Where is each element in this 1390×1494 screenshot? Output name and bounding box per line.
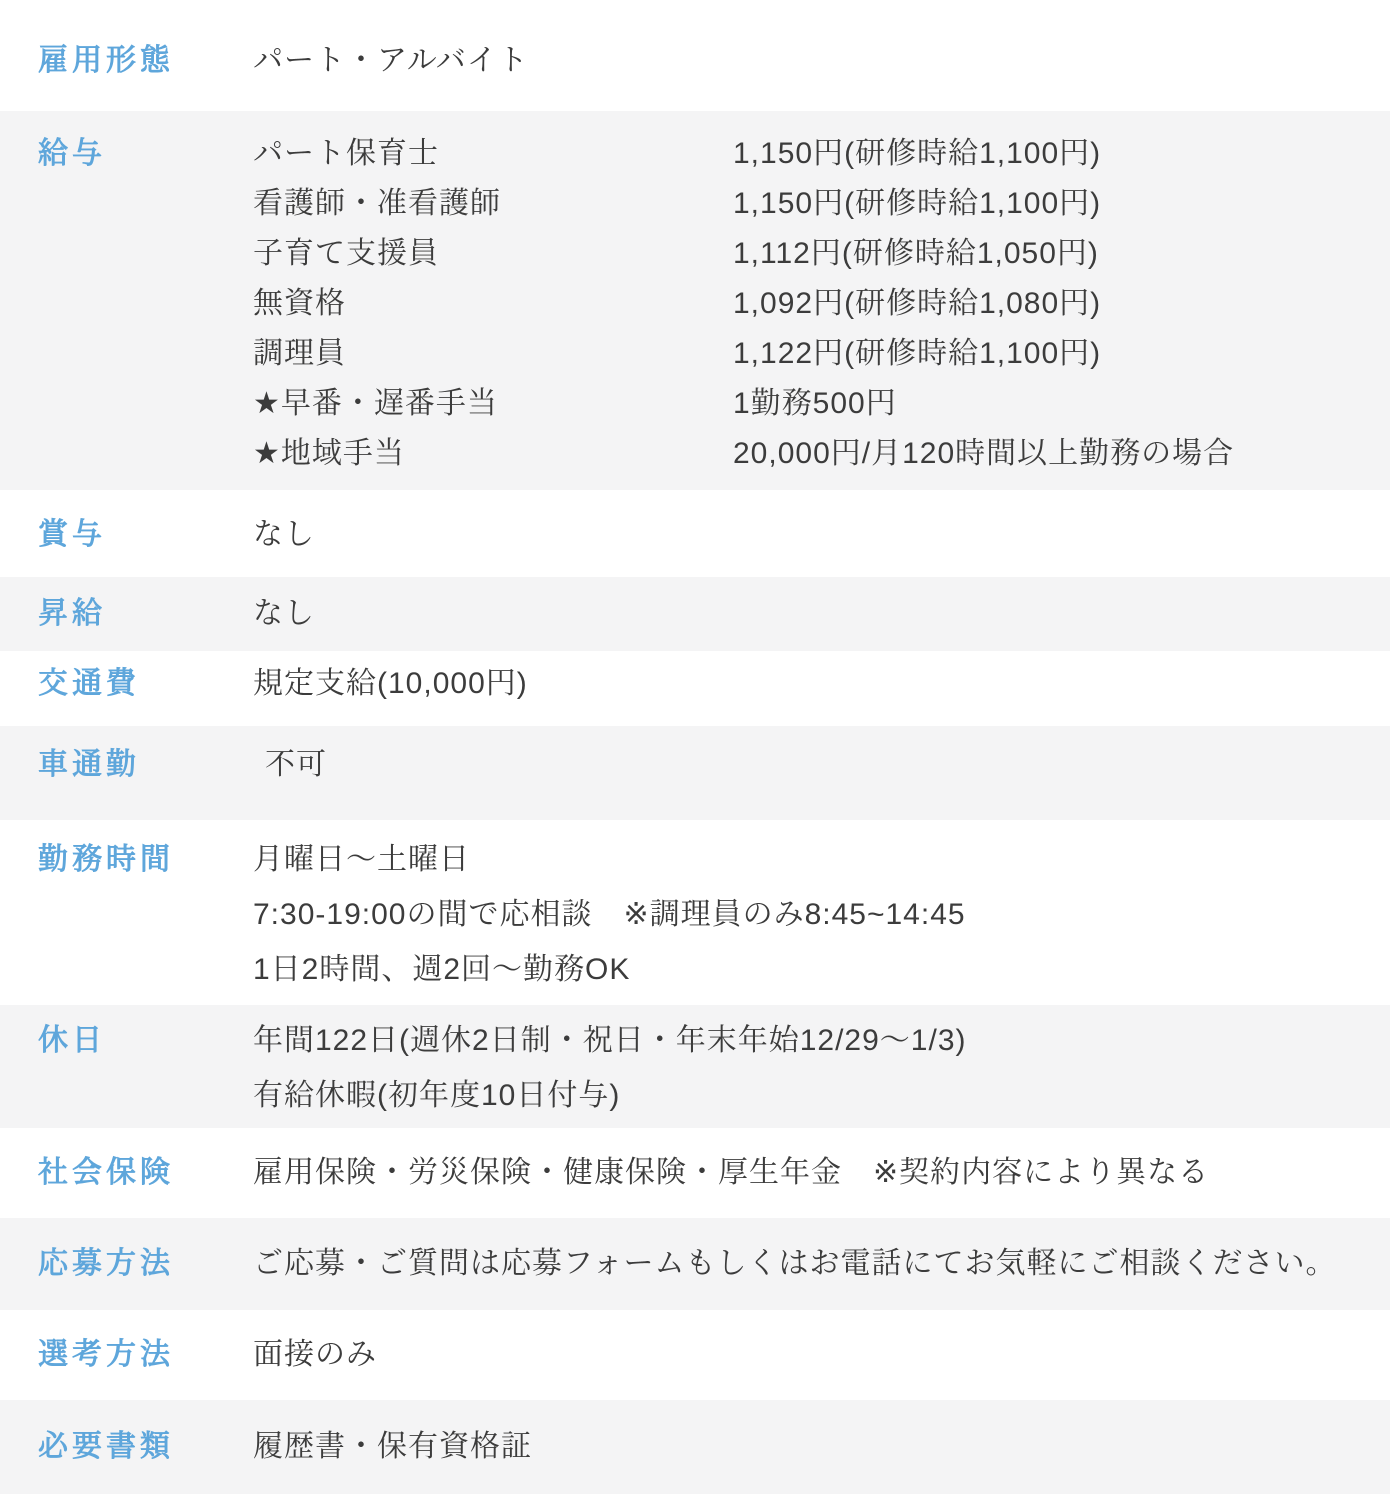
row-label: 応募方法	[0, 1239, 253, 1289]
working-hours-line: 7:30-19:00の間で応相談 ※調理員のみ8:45~14:45	[253, 887, 1360, 942]
row-label: 昇給	[0, 589, 253, 639]
holidays-line: 有給休暇(初年度10日付与)	[253, 1068, 1360, 1123]
row-label: 車通勤	[0, 740, 253, 790]
row-bonus: 賞与 なし	[0, 490, 1390, 577]
salary-line-allowance: ★早番・遅番手当 1勤務500円	[253, 379, 1360, 429]
row-label: 勤務時間	[0, 832, 253, 887]
salary-line: 無資格 1,092円(研修時給1,080円)	[253, 279, 1360, 329]
row-value: パート・アルバイト	[253, 36, 1390, 86]
salary-job-title: 無資格	[253, 279, 733, 329]
salary-allowance-title: ★早番・遅番手当	[253, 379, 733, 429]
salary-line: 調理員 1,122円(研修時給1,100円)	[253, 329, 1360, 379]
row-value: 雇用保険・労災保険・健康保険・厚生年金 ※契約内容により異なる	[253, 1148, 1390, 1198]
salary-allowance-title: ★地域手当	[253, 429, 733, 479]
row-label: 雇用形態	[0, 36, 253, 86]
row-transport-expenses: 交通費 規定支給(10,000円)	[0, 651, 1390, 726]
salary-list: パート保育士 1,150円(研修時給1,100円) 看護師・准看護師 1,150…	[253, 129, 1390, 479]
working-hours-line: 1日2時間、週2回〜勤務OK	[253, 942, 1360, 997]
salary-wage: 1,112円(研修時給1,050円)	[733, 229, 1360, 279]
row-value: ご応募・ご質問は応募フォームもしくはお電話にてお気軽にご相談ください。	[253, 1239, 1390, 1289]
salary-job-title: 看護師・准看護師	[253, 179, 733, 229]
row-value: 規定支給(10,000円)	[253, 659, 1390, 709]
row-raise: 昇給 なし	[0, 577, 1390, 651]
row-label: 給与	[0, 129, 253, 179]
salary-line: パート保育士 1,150円(研修時給1,100円)	[253, 129, 1360, 179]
row-value: なし	[253, 589, 1390, 639]
working-hours-line: 月曜日〜土曜日	[253, 832, 1360, 887]
salary-line-allowance: ★地域手当 20,000円/月120時間以上勤務の場合	[253, 429, 1360, 479]
row-label: 交通費	[0, 659, 253, 709]
row-working-hours: 勤務時間 月曜日〜土曜日 7:30-19:00の間で応相談 ※調理員のみ8:45…	[0, 820, 1390, 1005]
row-label: 必要書類	[0, 1422, 253, 1472]
row-label: 社会保険	[0, 1148, 253, 1198]
row-value: なし	[253, 510, 1390, 560]
row-social-insurance: 社会保険 雇用保険・労災保険・健康保険・厚生年金 ※契約内容により異なる	[0, 1128, 1390, 1218]
salary-wage: 1,092円(研修時給1,080円)	[733, 279, 1360, 329]
row-value: 面接のみ	[253, 1330, 1390, 1380]
salary-job-title: 調理員	[253, 329, 733, 379]
salary-job-title: パート保育士	[253, 129, 733, 179]
row-value: 履歴書・保有資格証	[253, 1422, 1390, 1472]
row-employment-type: 雇用形態 パート・アルバイト	[0, 0, 1390, 111]
job-details-table: 雇用形態 パート・アルバイト 給与 パート保育士 1,150円(研修時給1,10…	[0, 0, 1390, 1494]
row-holidays: 休日 年間122日(週休2日制・祝日・年末年始12/29〜1/3) 有給休暇(初…	[0, 1005, 1390, 1128]
salary-wage: 20,000円/月120時間以上勤務の場合	[733, 429, 1360, 479]
row-required-documents: 必要書類 履歴書・保有資格証	[0, 1400, 1390, 1494]
holidays-line: 年間122日(週休2日制・祝日・年末年始12/29〜1/3)	[253, 1013, 1360, 1068]
row-value: 不可	[253, 740, 1390, 790]
salary-wage: 1,150円(研修時給1,100円)	[733, 129, 1360, 179]
holidays-lines: 年間122日(週休2日制・祝日・年末年始12/29〜1/3) 有給休暇(初年度1…	[253, 1013, 1390, 1123]
row-label: 休日	[0, 1013, 253, 1068]
row-how-to-apply: 応募方法 ご応募・ご質問は応募フォームもしくはお電話にてお気軽にご相談ください。	[0, 1218, 1390, 1310]
working-hours-lines: 月曜日〜土曜日 7:30-19:00の間で応相談 ※調理員のみ8:45~14:4…	[253, 832, 1390, 997]
salary-job-title: 子育て支援員	[253, 229, 733, 279]
row-salary: 給与 パート保育士 1,150円(研修時給1,100円) 看護師・准看護師 1,…	[0, 111, 1390, 490]
row-label: 選考方法	[0, 1330, 253, 1380]
row-car-commute: 車通勤 不可	[0, 726, 1390, 820]
salary-line: 子育て支援員 1,112円(研修時給1,050円)	[253, 229, 1360, 279]
row-label: 賞与	[0, 510, 253, 560]
salary-wage: 1,150円(研修時給1,100円)	[733, 179, 1360, 229]
salary-line: 看護師・准看護師 1,150円(研修時給1,100円)	[253, 179, 1360, 229]
row-selection-method: 選考方法 面接のみ	[0, 1310, 1390, 1400]
salary-wage: 1勤務500円	[733, 379, 1360, 429]
salary-wage: 1,122円(研修時給1,100円)	[733, 329, 1360, 379]
